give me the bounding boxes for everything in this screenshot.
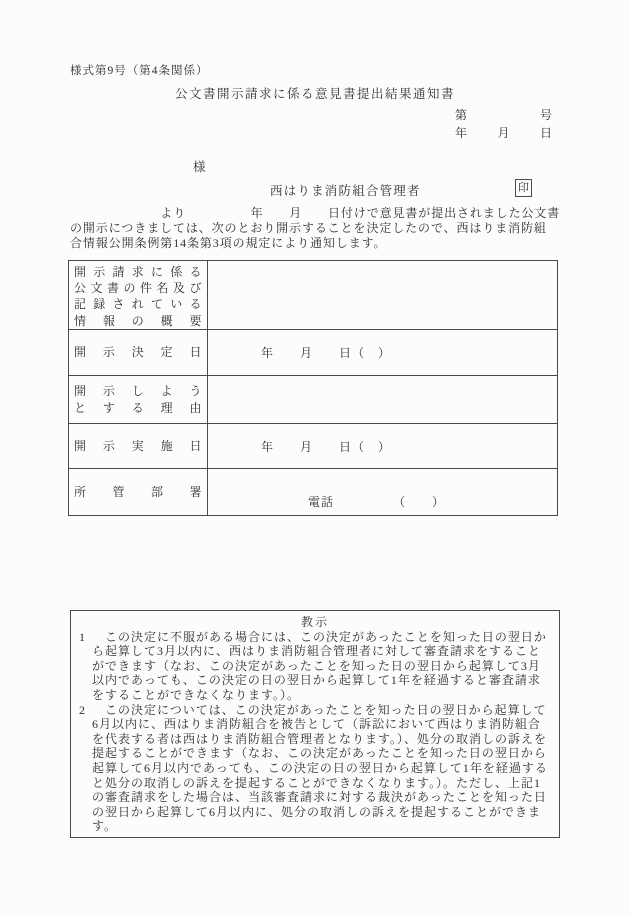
decision-date-label-cell: 開示決定日 <box>69 330 208 375</box>
reason-label-cell: 開示しよう とする理由 <box>69 376 208 423</box>
body-paragraph: より 年 月 日付けで意見書が提出されました公文書 の開示につきましては、次のと… <box>70 206 570 251</box>
notice-item-2-text: この決定については、この決定があったことを知った日の翌日から起算して6月以内に、… <box>92 703 548 834</box>
department-label-cell: 所管部署 <box>69 469 208 515</box>
subject-label-line-4: 情報の概要 <box>74 313 202 329</box>
doc-number-line: 第 号 <box>455 106 552 123</box>
decision-date-label: 開示決定日 <box>74 344 202 360</box>
implementation-date-value-cell: 年 月 日（ ） <box>208 424 557 468</box>
notice-item-1: 1この決定に不服がある場合には、この決定があったことを知った日の翌日から起算して… <box>79 630 551 703</box>
notice-box: 教示 1この決定に不服がある場合には、この決定があったことを知った日の翌日から起… <box>70 610 560 838</box>
details-table: 開示請求に係る 公文書の件名及び 記録されている 情報の概要 開示決定日 年 月… <box>68 260 558 516</box>
subject-value-cell <box>208 261 557 329</box>
decision-date-value-cell: 年 月 日（ ） <box>208 330 557 375</box>
date-year-label: 年 <box>455 124 467 141</box>
subject-label-line-1: 開示請求に係る <box>74 264 202 280</box>
notice-item-2: 2この決定については、この決定があったことを知った日の翌日から起算して6月以内に… <box>79 703 551 834</box>
notice-item-1-number: 1 <box>79 630 92 645</box>
department-value-cell: 電話 （ ） <box>208 469 557 515</box>
phone-label-line: 電話 （ ） <box>308 493 557 510</box>
notice-item-2-number: 2 <box>79 703 92 718</box>
date-month-label: 月 <box>497 124 509 141</box>
notice-item-1-text: この決定に不服がある場合には、この決定があったことを知った日の翌日から起算して3… <box>92 630 547 702</box>
document-page: 様式第9号（第4条関係） 公文書開示請求に係る意見書提出結果通知書 第 号 年 … <box>0 0 630 915</box>
table-row-subject: 開示請求に係る 公文書の件名及び 記録されている 情報の概要 <box>69 261 557 330</box>
date-day-label: 日 <box>540 124 552 141</box>
doc-date-line: 年 月 日 <box>455 124 552 141</box>
implementation-date-label-cell: 開示実施日 <box>69 424 208 468</box>
document-title: 公文書開示請求に係る意見書提出結果通知書 <box>0 84 630 102</box>
implementation-date-label: 開示実施日 <box>74 438 202 454</box>
notice-heading: 教示 <box>79 615 551 630</box>
issuer-name: 西はりま消防組合管理者 <box>270 181 421 199</box>
table-row-decision-date: 開示決定日 年 月 日（ ） <box>69 330 557 376</box>
subject-label-line-2: 公文書の件名及び <box>74 280 202 296</box>
addressee-honorific: 様 <box>193 157 206 175</box>
table-row-reason: 開示しよう とする理由 <box>69 376 557 424</box>
reason-label-line-1: 開示しよう <box>74 383 202 399</box>
reason-label-line-2: とする理由 <box>74 400 202 416</box>
table-row-implementation-date: 開示実施日 年 月 日（ ） <box>69 424 557 469</box>
table-row-department: 所管部署 電話 （ ） <box>69 469 557 515</box>
doc-number-suffix: 号 <box>540 106 552 123</box>
body-line-3: 合情報公開条例第14条第3項の規定により通知します。 <box>70 236 570 251</box>
reason-value-cell <box>208 376 557 423</box>
form-number-label: 様式第9号（第4条関係） <box>70 62 209 78</box>
seal-stamp-box: 印 <box>515 179 532 197</box>
body-line-1: より 年 月 日付けで意見書が提出されました公文書 <box>70 206 570 221</box>
doc-number-prefix: 第 <box>455 106 467 123</box>
department-label: 所管部署 <box>74 484 202 500</box>
subject-label-cell: 開示請求に係る 公文書の件名及び 記録されている 情報の概要 <box>69 261 208 329</box>
body-line-2: の開示につきましては、次のとおり開示することを決定したので、西はりま消防組 <box>70 221 570 236</box>
subject-label-line-3: 記録されている <box>74 296 202 312</box>
